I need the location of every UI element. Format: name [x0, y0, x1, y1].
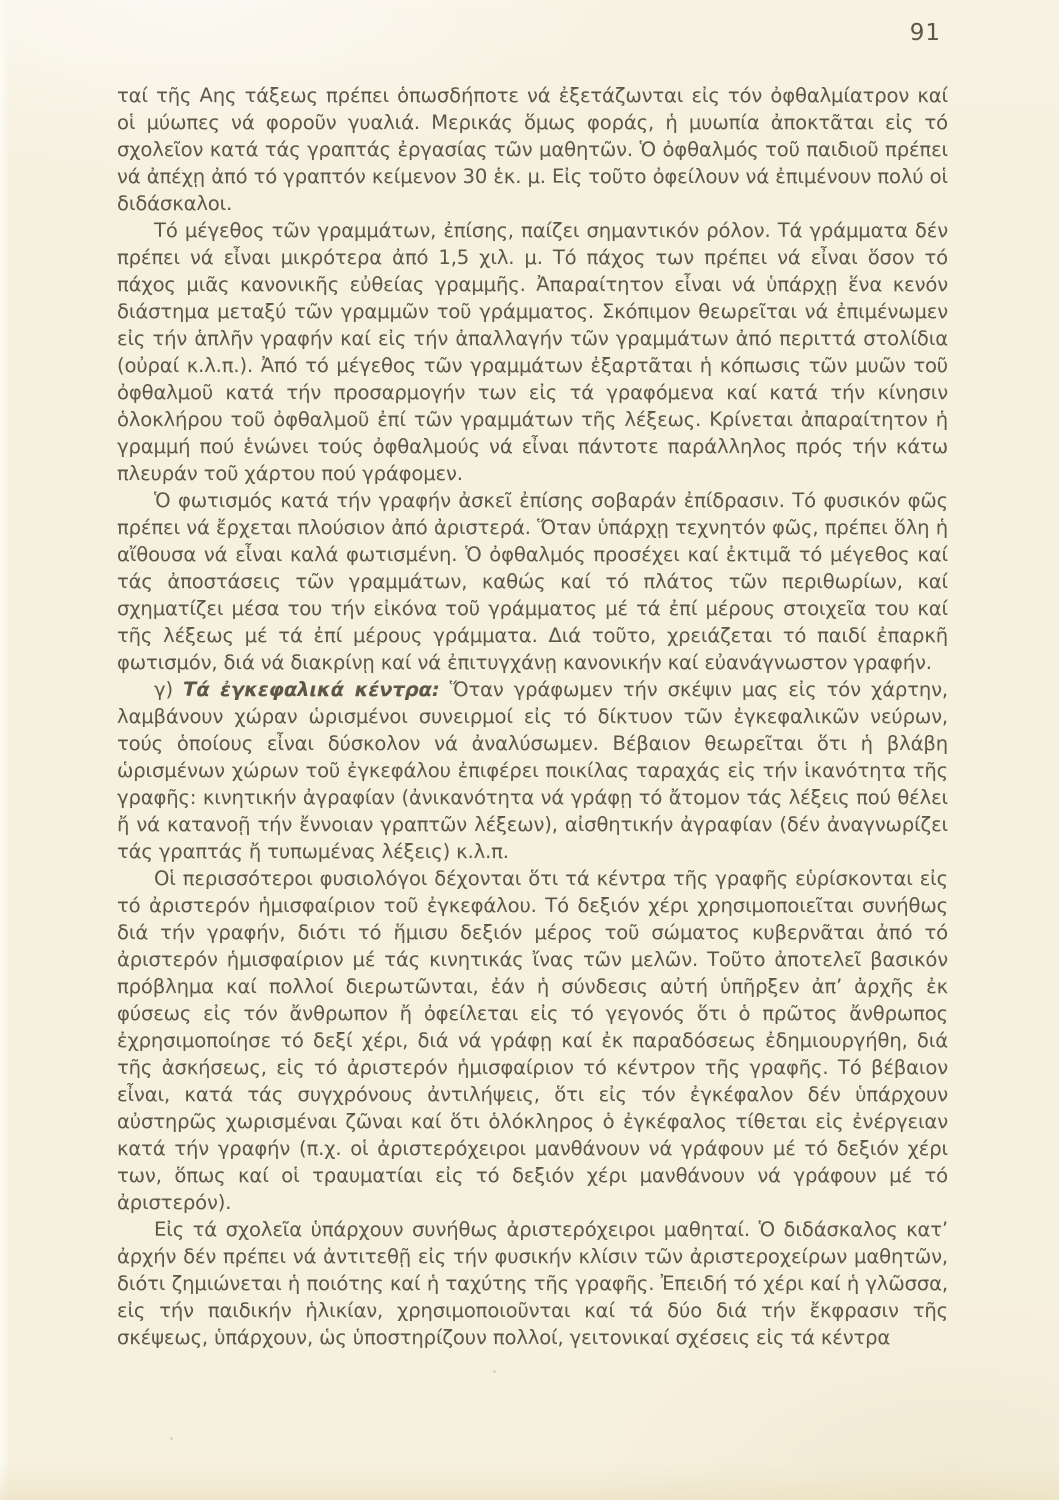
page-number: 91	[910, 20, 941, 46]
paragraph: Εἰς τά σχολεῖα ὑπάρχουν συνήθως ἀριστερό…	[117, 1216, 948, 1351]
paragraph: Ὁ φωτισμός κατά τήν γραφήν ἀσκεῖ ἐπίσης …	[117, 487, 948, 676]
body-text: ταί τῆς Αης τάξεως πρέπει ὁπωσδήποτε νά …	[117, 82, 948, 1351]
paragraph: ταί τῆς Αης τάξεως πρέπει ὁπωσδήποτε νά …	[117, 82, 948, 217]
paragraph: Τό μέγεθος τῶν γραμμάτων, ἐπίσης, παίζει…	[117, 217, 948, 487]
text-run: ταί τῆς Αης τάξεως πρέπει ὁπωσδήποτε νά …	[117, 84, 948, 215]
text-run: γ)	[154, 678, 183, 701]
scan-bottom-edge	[0, 1460, 1059, 1500]
text-run: Εἰς τά σχολεῖα ὑπάρχουν συνήθως ἀριστερό…	[117, 1218, 948, 1349]
scan-left-edge	[0, 0, 9, 1500]
scanned-book-page: 91 ταί τῆς Αης τάξεως πρέπει ὁπωσδήποτε …	[0, 0, 1059, 1500]
text-run: Ὅταν γράφωμεν τήν σκέψιν μας εἰς τόν χάρ…	[117, 678, 948, 863]
paper-speck	[170, 1437, 173, 1440]
paragraph: Οἱ περισσότεροι φυσιολόγοι δέχονται ὅτι …	[117, 865, 948, 1216]
text-run: Ὁ φωτισμός κατά τήν γραφήν ἀσκεῖ ἐπίσης …	[117, 489, 948, 674]
text-run: Οἱ περισσότεροι φυσιολόγοι δέχονται ὅτι …	[117, 867, 948, 1214]
paragraph: γ) Τά ἐγκεφαλικά κέντρα: Ὅταν γράφωμεν τ…	[117, 676, 948, 865]
text-run: Τό μέγεθος τῶν γραμμάτων, ἐπίσης, παίζει…	[117, 219, 948, 485]
section-lead-in: Τά ἐγκεφαλικά κέντρα:	[183, 678, 440, 701]
paper-speck	[493, 1370, 496, 1373]
